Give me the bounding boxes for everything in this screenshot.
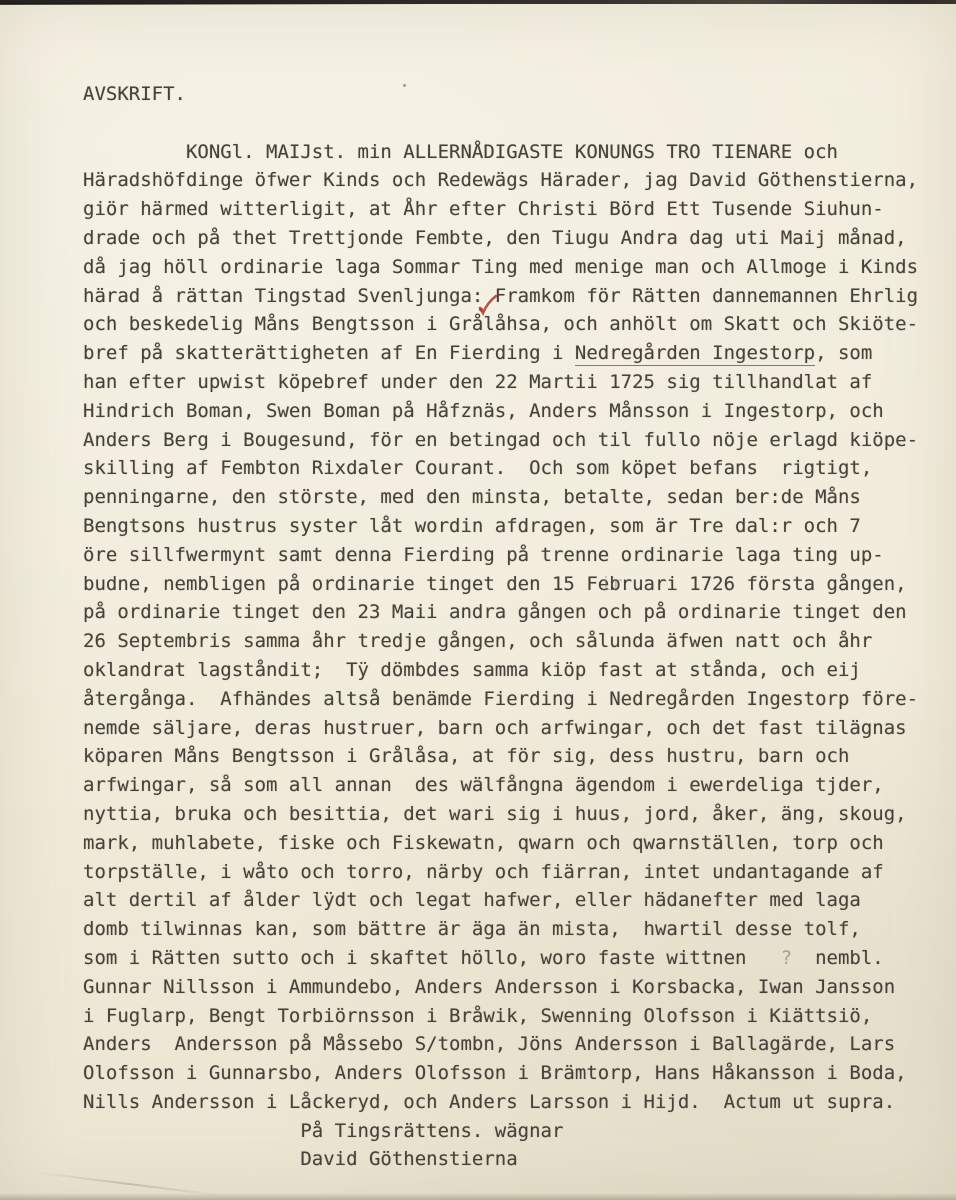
signature-line-name: David Göthenstierna — [83, 1145, 943, 1174]
paper-top-edge-shadow — [0, 3, 430, 5]
document-line: KONGl. MAIJst. min ALLERNÅDIGASTE KONUNG… — [83, 138, 943, 167]
document-line: skilling af Fembton Rixdaler Courant. Oc… — [83, 454, 943, 483]
document-line: alt dertil af ålder lÿdt och legat hafwe… — [83, 886, 943, 915]
document-line: Anders Berg i Bougesund, för en betingad… — [83, 426, 943, 455]
document-line: Hindrich Boman, Swen Boman på Håfznäs, A… — [83, 397, 943, 426]
document-line: köparen Måns Bengtsson i Grålåsa, at för… — [83, 742, 943, 771]
document-line: drade och på thet Trettjonde Fembte, den… — [83, 224, 943, 253]
document-line: oklandrat lagståndit; Tÿ dömbdes samma k… — [83, 656, 943, 685]
document-line: i Fuglarp, Bengt Torbiörnsson i Bråwik, … — [83, 1002, 943, 1031]
document-line: och beskedelig Måns Bengtsson i Grålåhsa… — [83, 310, 943, 339]
document-line: budne, nembligen på ordinarie tinget den… — [83, 570, 943, 599]
red-check-mark-icon — [476, 293, 500, 319]
ghost-typing-artifact: ir — [600, 570, 623, 599]
blank-line — [83, 109, 943, 138]
document-line: härad å rättan Tingstad Svenljunga: Fram… — [83, 282, 943, 311]
line-text: bref på skatterättigheten af En Fierding… — [83, 342, 575, 364]
document-line: återgånga. Afhändes altså benämde Fierdi… — [83, 685, 943, 714]
faint-question-mark: ? — [781, 947, 792, 969]
document-line: han efter upwist köpebref under den 22 M… — [83, 368, 943, 397]
document-line: på ordinarie tinget den 23 Maii andra gå… — [83, 598, 943, 627]
signature-line-institution: På Tingsrättens. wägnar — [83, 1117, 943, 1146]
document-line: arfwingar, så som all annan des wälfångn… — [83, 771, 943, 800]
document-line: öre sillfwermynt samt denna Fierding på … — [83, 541, 943, 570]
document-line: Olofsson i Gunnarsbo, Anders Olofsson i … — [83, 1059, 943, 1088]
document-line: då jag höll ordinarie laga Sommar Ting m… — [83, 253, 943, 282]
document-line-witnesses: som i Rätten sutto och i skaftet höllo, … — [83, 944, 943, 973]
document-line: mark, muhlabete, fiske och Fiskewatn, qw… — [83, 829, 943, 858]
paper-bottom-edge — [0, 1193, 956, 1200]
document-line: Gunnar Nillsson i Ammundebo, Anders Ande… — [83, 973, 943, 1002]
document-line: 26 Septembris samma åhr tredje gången, o… — [83, 627, 943, 656]
underlined-place-name: Nedregården Ingestorp — [575, 342, 815, 366]
document-line: Anders Andersson på Måssebo S/tombn, Jön… — [83, 1030, 943, 1059]
document-line-underlined: bref på skatterättigheten af En Fierding… — [83, 339, 943, 368]
document-line: nemde säljare, deras hustruer, barn och … — [83, 714, 943, 743]
document-line: nyttia, bruka och besittia, det wari sig… — [83, 800, 943, 829]
document-line: penningarne, den störste, med den minsta… — [83, 483, 943, 512]
document-text: AVSKRIFT. KONGl. MAIJst. min ALLERNÅDIGA… — [83, 80, 943, 1174]
document-line: Nills Andersson i Låckeryd, och Anders L… — [83, 1088, 943, 1117]
line-text: nembl. — [792, 947, 884, 969]
line-text: som i Rätten sutto och i skaftet höllo, … — [83, 947, 781, 969]
document-line: torpställe, i wåto och torro, närby och … — [83, 858, 943, 887]
document-line: giör härmed witterligit, at Åhr efter Ch… — [83, 195, 943, 224]
document-title: AVSKRIFT. — [83, 80, 943, 109]
document-line: Bengtsons hustrus syster låt wordin afdr… — [83, 512, 943, 541]
typewritten-page: AVSKRIFT. KONGl. MAIJst. min ALLERNÅDIGA… — [0, 0, 956, 1200]
line-text: , som — [815, 342, 872, 364]
document-line: domb tilwinnas kan, som bättre är äga än… — [83, 915, 943, 944]
document-line: Häradshöfdinge öfwer Kinds och Redewägs … — [83, 166, 943, 195]
